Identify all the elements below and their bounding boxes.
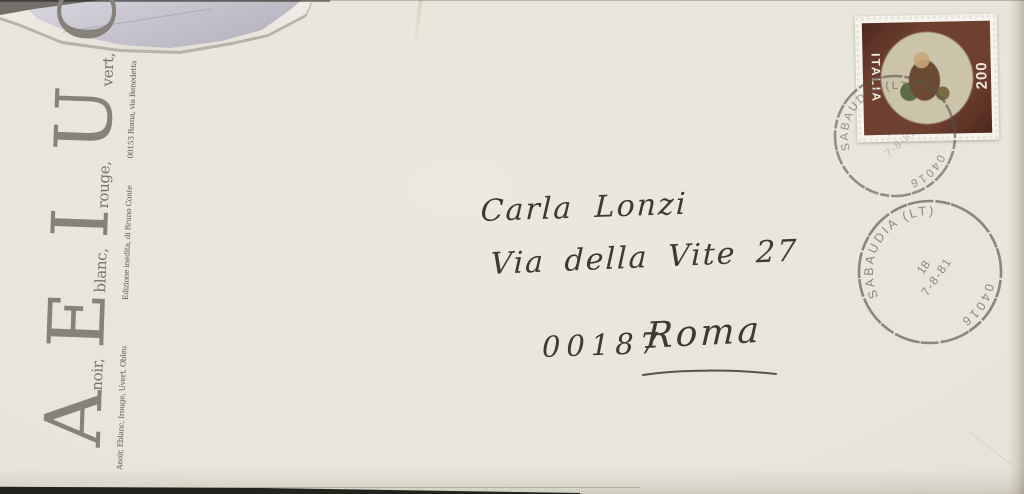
colophon-publisher: Edizione inedita, di Bruno Conte <box>121 185 134 300</box>
address-street: Via della Vite 27 <box>490 233 799 282</box>
vowel-line: Anoir,Eblanc,Irouge,Uvert,Obleu <box>36 37 125 469</box>
vowel-word: vert, <box>98 52 117 86</box>
scan-top-edge-line <box>0 0 1024 1</box>
postmark-hour: 18 <box>882 122 899 139</box>
vowel-word: noir, <box>88 358 107 391</box>
envelope-paper: Anoir,Eblanc,Irouge,Uvert,Obleu Anoir, E… <box>0 0 1024 494</box>
colophon-title: Anoir, Eblanc, Irouge, Uvert, Obleu <box>115 346 128 470</box>
vowel-letter: O <box>43 0 135 44</box>
postmark-lower: SABAUDIA (LT) 04016 18 7-8-81 <box>848 194 1014 354</box>
address-city: Roma <box>645 310 763 357</box>
address-recipient: Carla Lonzi <box>480 187 688 229</box>
vowel-letter: I <box>36 208 127 240</box>
vowel-word: rouge, <box>94 161 114 209</box>
vowel-letter: E <box>32 292 124 350</box>
stamp-value-label: 200 <box>973 40 991 110</box>
vowel-letter: A <box>29 390 121 447</box>
city-underline <box>640 366 780 380</box>
printed-sender-art: Anoir,Eblanc,Irouge,Uvert,Obleu Anoir, E… <box>36 37 139 470</box>
tear-streak <box>413 0 423 46</box>
svg-text:SABAUDIA (LT) 04016: SABAUDIA (LT) 04016 <box>820 64 970 212</box>
envelope-scan: Anoir,Eblanc,Irouge,Uvert,Obleu Anoir, E… <box>0 0 1024 494</box>
colophon-address: 00153 Roma, via Benedetta <box>126 61 138 159</box>
vowel-word: blanc, <box>91 248 111 293</box>
vowel-letter: U <box>39 86 131 153</box>
